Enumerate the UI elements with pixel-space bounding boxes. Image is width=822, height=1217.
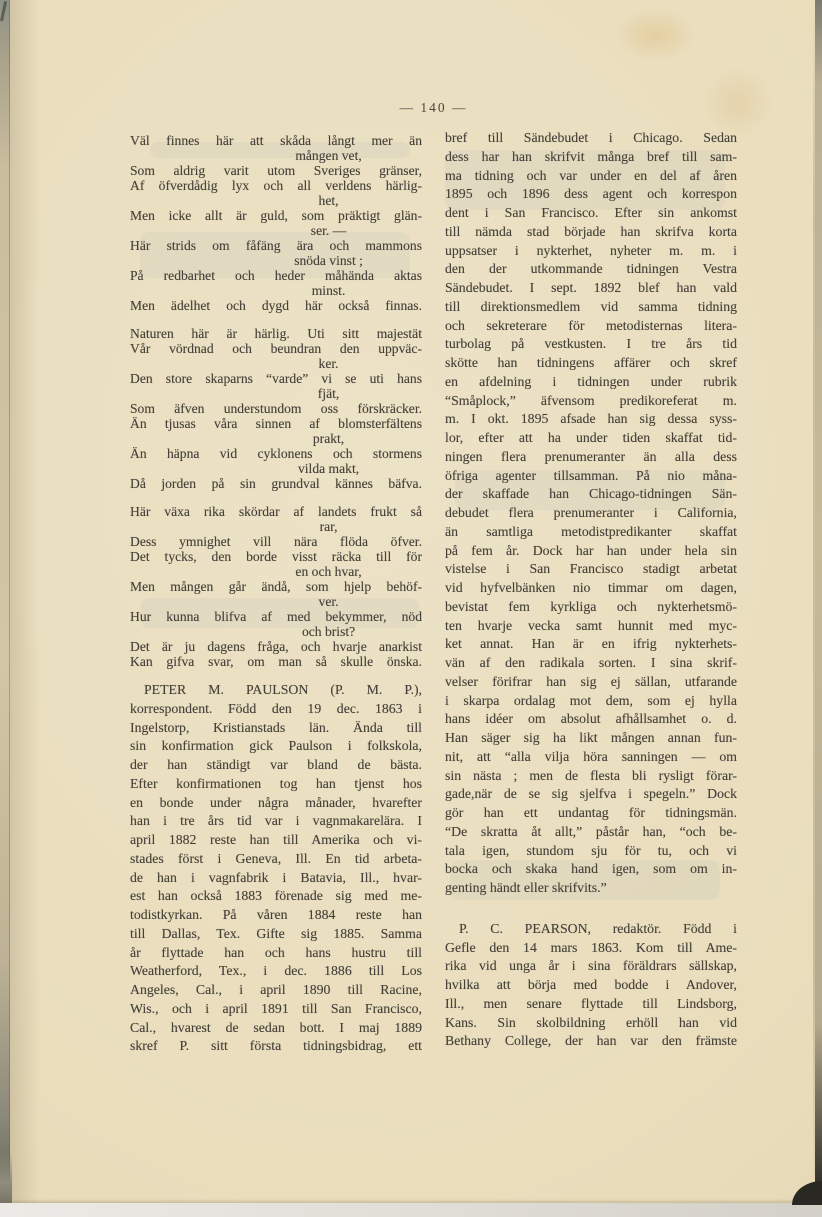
poem-line: mången vet, <box>130 148 422 163</box>
text-line: till direktionsmedlem vid samma tidning <box>445 298 737 317</box>
poem-line <box>130 313 422 326</box>
poem-line: Hur kunna blifva af med bekymmer, nöd <box>130 609 422 624</box>
poem-line: och brist? <box>130 624 422 639</box>
text-line: de han i vagnfabrik i Batavia, Ill., hva… <box>130 869 422 888</box>
text-line: dess har han skrifvit många bref till sa… <box>445 148 737 167</box>
text-line: P. C. PEARSON, redaktör. Född i <box>445 920 737 939</box>
text-line: på fem år. Dock har han under hela sin <box>445 542 737 561</box>
text-line: Efter konfirmationen tog han tjenst hos <box>130 775 422 794</box>
text-line: velser förifrar han sig ej sällan, utfar… <box>445 673 737 692</box>
text-line: der skaffade han Chicago-tidningen Sän- <box>445 485 737 504</box>
poem-line: Här växa rika skördar af landets frukt s… <box>130 504 422 519</box>
poem-line: Men mången går ändå, som hjelp behöf- <box>130 579 422 594</box>
poem-line: Än häpna vid cyklonens och stormens <box>130 446 422 461</box>
text-line: est han också 1883 förenade sig med me- <box>130 887 422 906</box>
page-number: — 140 — <box>130 100 737 116</box>
text-line: Weatherford, Tex., i dec. 1886 till Los <box>130 962 422 981</box>
text-line: tala igen, stundom sju för tu, och vi <box>445 842 737 861</box>
gutter-shadow <box>10 0 40 1203</box>
poem-line: Vår vördnad och beundran den uppväc- <box>130 341 422 356</box>
text-line: Cal., hvarest de sedan bott. I maj 1889 <box>130 1019 422 1038</box>
text-line: der han ständigt var bland de bästa. <box>130 756 422 775</box>
text-line: 1895 och 1896 dess agent och korrespon <box>445 185 737 204</box>
text-line: korrespondent. Född den 19 dec. 1863 i <box>130 700 422 719</box>
right-column-text: bref till Sändebudet i Chicago. Sedandes… <box>445 129 737 1051</box>
text-line: PETER M. PAULSON (P. M. P.), <box>130 681 422 700</box>
text-line: till Dallas, Tex. Gifte sig 1885. Samma <box>130 925 422 944</box>
text-line: m. I okt. 1895 afsade han sig dessa syss… <box>445 410 737 429</box>
text-line: ma tidning och var under en del af åren <box>445 167 737 186</box>
poem-line: fjät, <box>130 386 422 401</box>
text-line: Han säger sig ha likt mången annan fun- <box>445 729 737 748</box>
poem-line: Men ädelhet och dygd här också finnas. <box>130 298 422 313</box>
text-line: “De skratta åt allt,” påstår han, “och b… <box>445 823 737 842</box>
poem-line: minst. <box>130 283 422 298</box>
book-page-scan: — 140 — Väl finnes här att skåda långt m… <box>0 0 822 1217</box>
text-line: sin nästa ; men de flesta bli rysligt fö… <box>445 767 737 786</box>
text-line: gade,när de se sig sjelfva i spegeln.” D… <box>445 785 737 804</box>
bottom-left-shadow <box>0 1151 12 1203</box>
text-line: än samtliga metodistpredikanter skaffat <box>445 523 737 542</box>
text-line: hans idéer om absolut afhållsamhet o. d. <box>445 710 737 729</box>
text-line: öfriga agenter tillsamman. På nio måna- <box>445 467 737 486</box>
poem-line: en och hvar, <box>130 564 422 579</box>
text-line: stades först i Geneva, Ill. En tid arbet… <box>130 850 422 869</box>
text-line: bevistat fem kyrkliga och nykterhetsmö- <box>445 598 737 617</box>
text-line: en afdelning i tidningen under rubrik <box>445 373 737 392</box>
poem-block: Väl finnes här att skåda långt mer änmån… <box>130 133 422 669</box>
poem-line: Men icke allt är guld, som präktigt glän… <box>130 208 422 223</box>
paulson-biography-paragraph: PETER M. PAULSON (P. M. P.),korresponden… <box>130 681 422 1056</box>
page-right-edge <box>815 0 822 1203</box>
text-line: lor, efter att ha under tiden skaffat ti… <box>445 429 737 448</box>
text-line: turbolag på vestkusten. I tre års tid <box>445 335 737 354</box>
text-line: Ill., men senare flyttade till Lindsborg… <box>445 995 737 1014</box>
text-line: bocka och skaka hand igen, som om in- <box>445 860 737 879</box>
poem-line: Som äfven understundom oss förskräcker. <box>130 401 422 416</box>
poem-line: Den store skaparns “varde” vi se uti han… <box>130 371 422 386</box>
text-line: debudet flera prenumeranter i California… <box>445 504 737 523</box>
text-line: Bethany College, der han var den främste <box>445 1032 737 1051</box>
text-line: sin konfirmation gick Paulson i folkskol… <box>130 737 422 756</box>
poem-line: Dess ymnighet vill nära flöda öfver. <box>130 534 422 549</box>
text-line: todistkyrkan. På våren 1884 reste han <box>130 906 422 925</box>
text-line: den der utkommande tidningen Vestra <box>445 260 737 279</box>
text-line: nit, att “alla vilja höra sanningen — om <box>445 748 737 767</box>
poem-line: snöda vinst ; <box>130 253 422 268</box>
poem-line: vilda makt, <box>130 461 422 476</box>
text-line: rika vid unga år i sina föräldrars sälls… <box>445 957 737 976</box>
text-line: vid hyfvelbänken nio timmar om dagen, <box>445 579 737 598</box>
poem-line: Än tjusas våra sinnen af blomsterfältens <box>130 416 422 431</box>
poem-line: ver. <box>130 594 422 609</box>
book-spine-edge <box>0 0 10 1203</box>
text-line: bref till Sändebudet i Chicago. Sedan <box>445 129 737 148</box>
poem-line: ker. <box>130 356 422 371</box>
text-line: vän af den radikala sorten. I sina skrif… <box>445 654 737 673</box>
poem-line: het, <box>130 193 422 208</box>
text-line: Gefle den 14 mars 1863. Kom till Ame- <box>445 939 737 958</box>
text-line: skref P. sitt första tidningsbidrag, ett <box>130 1037 422 1056</box>
text-line: genting händt eller skrifvits.” <box>445 879 737 898</box>
text-line: till nämda stad började han skrifva kort… <box>445 223 737 242</box>
poem-line: Naturen här är härlig. Uti sitt majestät <box>130 326 422 341</box>
text-line: Ingelstorp, Kristianstads län. Ända till <box>130 719 422 738</box>
text-line: “Småplock,” äfvensom predikoreferat m. <box>445 392 737 411</box>
text-line: i skarpa ordalag mot dem, som ej hylla <box>445 692 737 711</box>
text-line: dent i San Francisco. Efter sin ankomst <box>445 204 737 223</box>
poem-line: Det är ju dagens fråga, och hvarje anark… <box>130 639 422 654</box>
text-line: en bonde under några månader, hvarefter <box>130 794 422 813</box>
poem-line: Då jorden på sin grundval kännes bäfva. <box>130 476 422 491</box>
poem-line: rar, <box>130 519 422 534</box>
text-line: Kans. Sin skolbildning erhöll han vid <box>445 1014 737 1033</box>
poem-line: Af öfverdådig lyx och all verldens härli… <box>130 178 422 193</box>
text-line: hvilka att börja med bodde i Andover, <box>445 976 737 995</box>
poem-line: Det tycks, den borde visst räcka till fö… <box>130 549 422 564</box>
text-line: gör han ett undantag för tidningsmän. <box>445 804 737 823</box>
text-line: Sändebudet. I sept. 1892 blef han vald <box>445 279 737 298</box>
scanner-background-strip <box>0 1203 822 1217</box>
text-line: Angeles, Cal., i april 1890 till Racine, <box>130 981 422 1000</box>
text-line <box>445 898 737 920</box>
text-line: han i tre års tid var i vagnmakarelära. … <box>130 812 422 831</box>
right-column: bref till Sändebudet i Chicago. Sedandes… <box>445 129 737 1051</box>
text-line: år flyttade han och hans hustru till <box>130 944 422 963</box>
text-line: april 1882 reste han till Amerika och vi… <box>130 831 422 850</box>
text-line: ket annat. Han är en ifrig nykterhets- <box>445 635 737 654</box>
poem-line: ser. — <box>130 223 422 238</box>
left-column: Väl finnes här att skåda långt mer änmån… <box>130 133 422 1056</box>
text-line: ten hvarje vecka samt hunnit med myc- <box>445 617 737 636</box>
poem-line: Väl finnes här att skåda långt mer än <box>130 133 422 148</box>
text-line: Wis., och i april 1891 till San Francisc… <box>130 1000 422 1019</box>
poem-line: På redbarhet och heder måhända aktas <box>130 268 422 283</box>
poem-line: Kan gifva svar, om man så skulle önska. <box>130 654 422 669</box>
book-cover-corner <box>792 1181 822 1205</box>
poem-line <box>130 491 422 504</box>
text-line: och sekreterare för metodisternas litera… <box>445 317 737 336</box>
poem-line: prakt, <box>130 431 422 446</box>
text-line: ningen flera prenumeranter än alla dess <box>445 448 737 467</box>
text-line: uppsatser i nykterhet, nyheter m. m. i <box>445 242 737 261</box>
text-line: vistelse i San Francisco stadigt arbetat <box>445 560 737 579</box>
text-line: skötte han tidningens affärer och skref <box>445 354 737 373</box>
poem-line: Som aldrig varit utom Sveriges gränser, <box>130 163 422 178</box>
poem-line: Här strids om fåfäng ära och mammons <box>130 238 422 253</box>
